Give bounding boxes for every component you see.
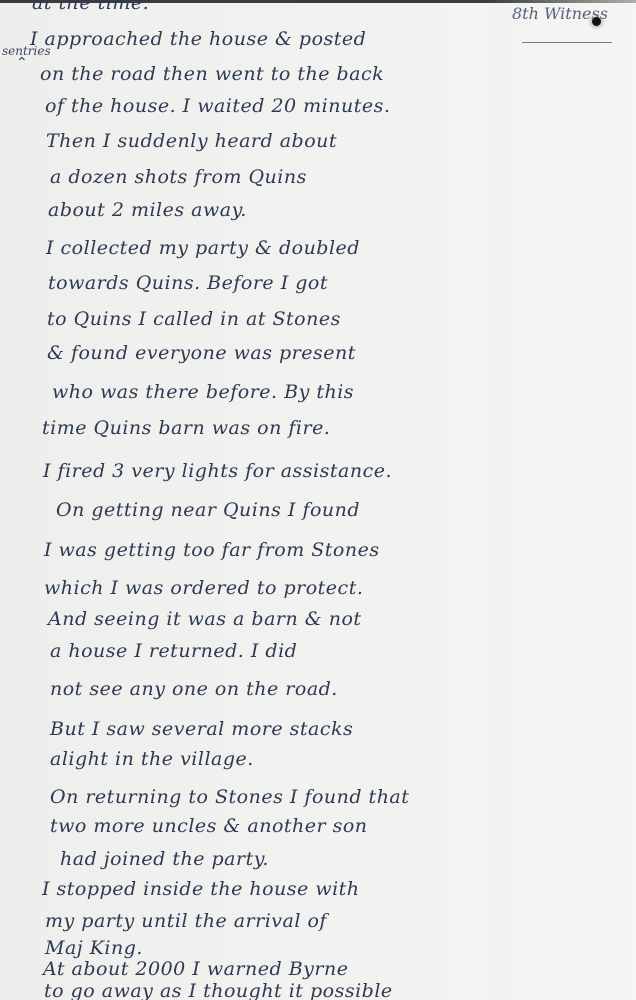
manuscript-line: On returning to Stones I found that (50, 786, 409, 808)
manuscript-line: which I was ordered to protect. (44, 577, 363, 599)
manuscript-line: At about 2000 I warned Byrne (43, 958, 348, 980)
paper-shading (486, 0, 636, 1000)
manuscript-line: I approached the house & posted (30, 28, 366, 50)
manuscript-line: alight in the village. (50, 748, 254, 770)
manuscript-line: had joined the party. (60, 848, 269, 870)
manuscript-line: I was getting too far from Stones (44, 539, 380, 561)
manuscript-line: my party until the arrival of (45, 910, 327, 932)
manuscript-line: I collected my party & doubled (46, 237, 360, 259)
manuscript-line: And seeing it was a barn & not (48, 608, 362, 630)
manuscript-line: time Quins barn was on fire. (42, 417, 330, 439)
manuscript-line: about 2 miles away. (48, 199, 247, 221)
manuscript-line: But I saw several more stacks (50, 718, 353, 740)
manuscript-line: Then I suddenly heard about (46, 130, 337, 152)
manuscript-page: 8th Witness sentries ⌃ at the time. I ap… (0, 0, 636, 1000)
manuscript-line: I stopped inside the house with (42, 878, 360, 900)
manuscript-line: on the road then went to the back (40, 63, 384, 85)
manuscript-line: to go away as I thought it possible (44, 980, 393, 1000)
manuscript-line: & found everyone was present (47, 342, 356, 364)
punch-hole (592, 17, 601, 26)
manuscript-line: two more uncles & another son (50, 815, 368, 837)
manuscript-line: a dozen shots from Quins (50, 166, 307, 188)
manuscript-line: towards Quins. Before I got (48, 272, 328, 294)
manuscript-line: On getting near Quins I found (56, 499, 360, 521)
folio-underline (522, 42, 612, 43)
manuscript-line: who was there before. By this (52, 381, 354, 403)
manuscript-line: not see any one on the road. (50, 678, 338, 700)
insertion-caret-icon: ⌃ (16, 55, 28, 71)
manuscript-line: at the time. (32, 0, 149, 14)
manuscript-line: to Quins I called in at Stones (47, 308, 341, 330)
manuscript-line: Maj King. (45, 937, 143, 959)
manuscript-line: I fired 3 very lights for assistance. (43, 460, 392, 482)
manuscript-line: a house I returned. I did (50, 640, 297, 662)
manuscript-line: of the house. I waited 20 minutes. (45, 95, 390, 117)
